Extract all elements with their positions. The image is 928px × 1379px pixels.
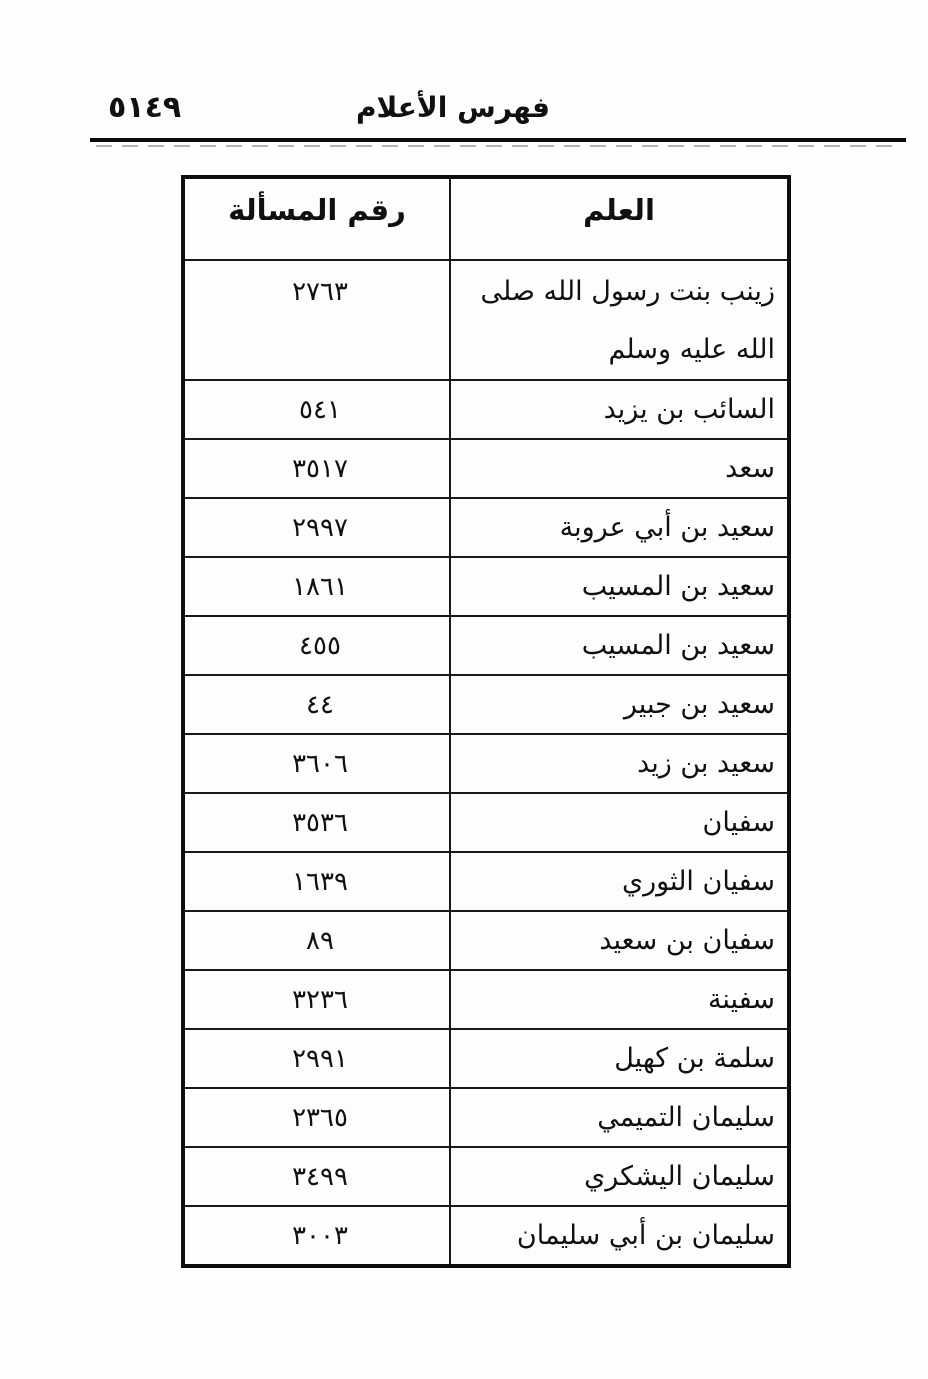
table-row: سفيان ٣٥٣٦ xyxy=(183,793,789,852)
name-cell: السائب بن يزيد xyxy=(450,380,789,439)
table-row: سعيد بن أبي عروبة ٢٩٩٧ xyxy=(183,498,789,557)
issue-number-cell: ٢٩٩١ xyxy=(183,1029,450,1088)
table-row: سعيد بن زيد ٣٦٠٦ xyxy=(183,734,789,793)
name-cell: سليمان اليشكري xyxy=(450,1147,789,1206)
issue-number-cell: ٨٩ xyxy=(183,911,450,970)
header-rule xyxy=(90,138,906,142)
issue-number-cell: ٣٥٣٦ xyxy=(183,793,450,852)
name-cell: سعد xyxy=(450,439,789,498)
name-cell: سعيد بن أبي عروبة xyxy=(450,498,789,557)
col-header-issue-number: رقم المسألة xyxy=(183,177,450,260)
names-index-table: العلم رقم المسألة زينب بنت رسول الله صلى… xyxy=(181,175,791,1268)
name-cell: سعيد بن المسيب xyxy=(450,557,789,616)
index-table-header: العلم رقم المسألة xyxy=(183,177,789,260)
table-row: سلمة بن كهيل ٢٩٩١ xyxy=(183,1029,789,1088)
name-cell: سفينة xyxy=(450,970,789,1029)
col-header-name: العلم xyxy=(450,177,789,260)
issue-number-cell: ٣٤٩٩ xyxy=(183,1147,450,1206)
table-row: سفيان بن سعيد ٨٩ xyxy=(183,911,789,970)
name-cell: سليمان بن أبي سليمان xyxy=(450,1206,789,1266)
name-cell: سليمان التميمي xyxy=(450,1088,789,1147)
table-row: زينب بنت رسول الله صلى الله عليه وسلم ٢٧… xyxy=(183,260,789,380)
table-row: سليمان بن أبي سليمان ٣٠٠٣ xyxy=(183,1206,789,1266)
index-table-body: زينب بنت رسول الله صلى الله عليه وسلم ٢٧… xyxy=(183,260,789,1266)
book-page: ٥١٤٩ فهرس الأعلام العلم رقم المسألة زينب… xyxy=(0,0,928,1379)
issue-number-cell: ٢٣٦٥ xyxy=(183,1088,450,1147)
issue-number-cell: ١٦٣٩ xyxy=(183,852,450,911)
issue-number-cell: ٣٢٣٦ xyxy=(183,970,450,1029)
name-cell: سفيان بن سعيد xyxy=(450,911,789,970)
issue-number-cell: ٣٠٠٣ xyxy=(183,1206,450,1266)
table-row: سعيد بن جبير ٤٤ xyxy=(183,675,789,734)
name-cell: سعيد بن زيد xyxy=(450,734,789,793)
name-cell: سعيد بن المسيب xyxy=(450,616,789,675)
issue-number-cell: ١٨٦١ xyxy=(183,557,450,616)
name-cell: زينب بنت رسول الله صلى الله عليه وسلم xyxy=(450,260,789,380)
name-cell: سفيان xyxy=(450,793,789,852)
table-row: سعيد بن المسيب ١٨٦١ xyxy=(183,557,789,616)
issue-number-cell: ٥٤١ xyxy=(183,380,450,439)
header-rule-shadow xyxy=(96,145,900,147)
issue-number-cell: ٣٥١٧ xyxy=(183,439,450,498)
table-row: سفينة ٣٢٣٦ xyxy=(183,970,789,1029)
table-row: سعد ٣٥١٧ xyxy=(183,439,789,498)
table-row: سعيد بن المسيب ٤٥٥ xyxy=(183,616,789,675)
page-title: فهرس الأعلام xyxy=(0,91,906,124)
name-cell: سلمة بن كهيل xyxy=(450,1029,789,1088)
table-row: سليمان التميمي ٢٣٦٥ xyxy=(183,1088,789,1147)
header-row: العلم رقم المسألة xyxy=(183,177,789,260)
table-row: سليمان اليشكري ٣٤٩٩ xyxy=(183,1147,789,1206)
table-row: السائب بن يزيد ٥٤١ xyxy=(183,380,789,439)
name-cell: سعيد بن جبير xyxy=(450,675,789,734)
issue-number-cell: ٤٥٥ xyxy=(183,616,450,675)
table-row: سفيان الثوري ١٦٣٩ xyxy=(183,852,789,911)
issue-number-cell: ٣٦٠٦ xyxy=(183,734,450,793)
issue-number-cell: ٤٤ xyxy=(183,675,450,734)
issue-number-cell: ٢٩٩٧ xyxy=(183,498,450,557)
name-cell: سفيان الثوري xyxy=(450,852,789,911)
issue-number-cell: ٢٧٦٣ xyxy=(183,260,450,380)
